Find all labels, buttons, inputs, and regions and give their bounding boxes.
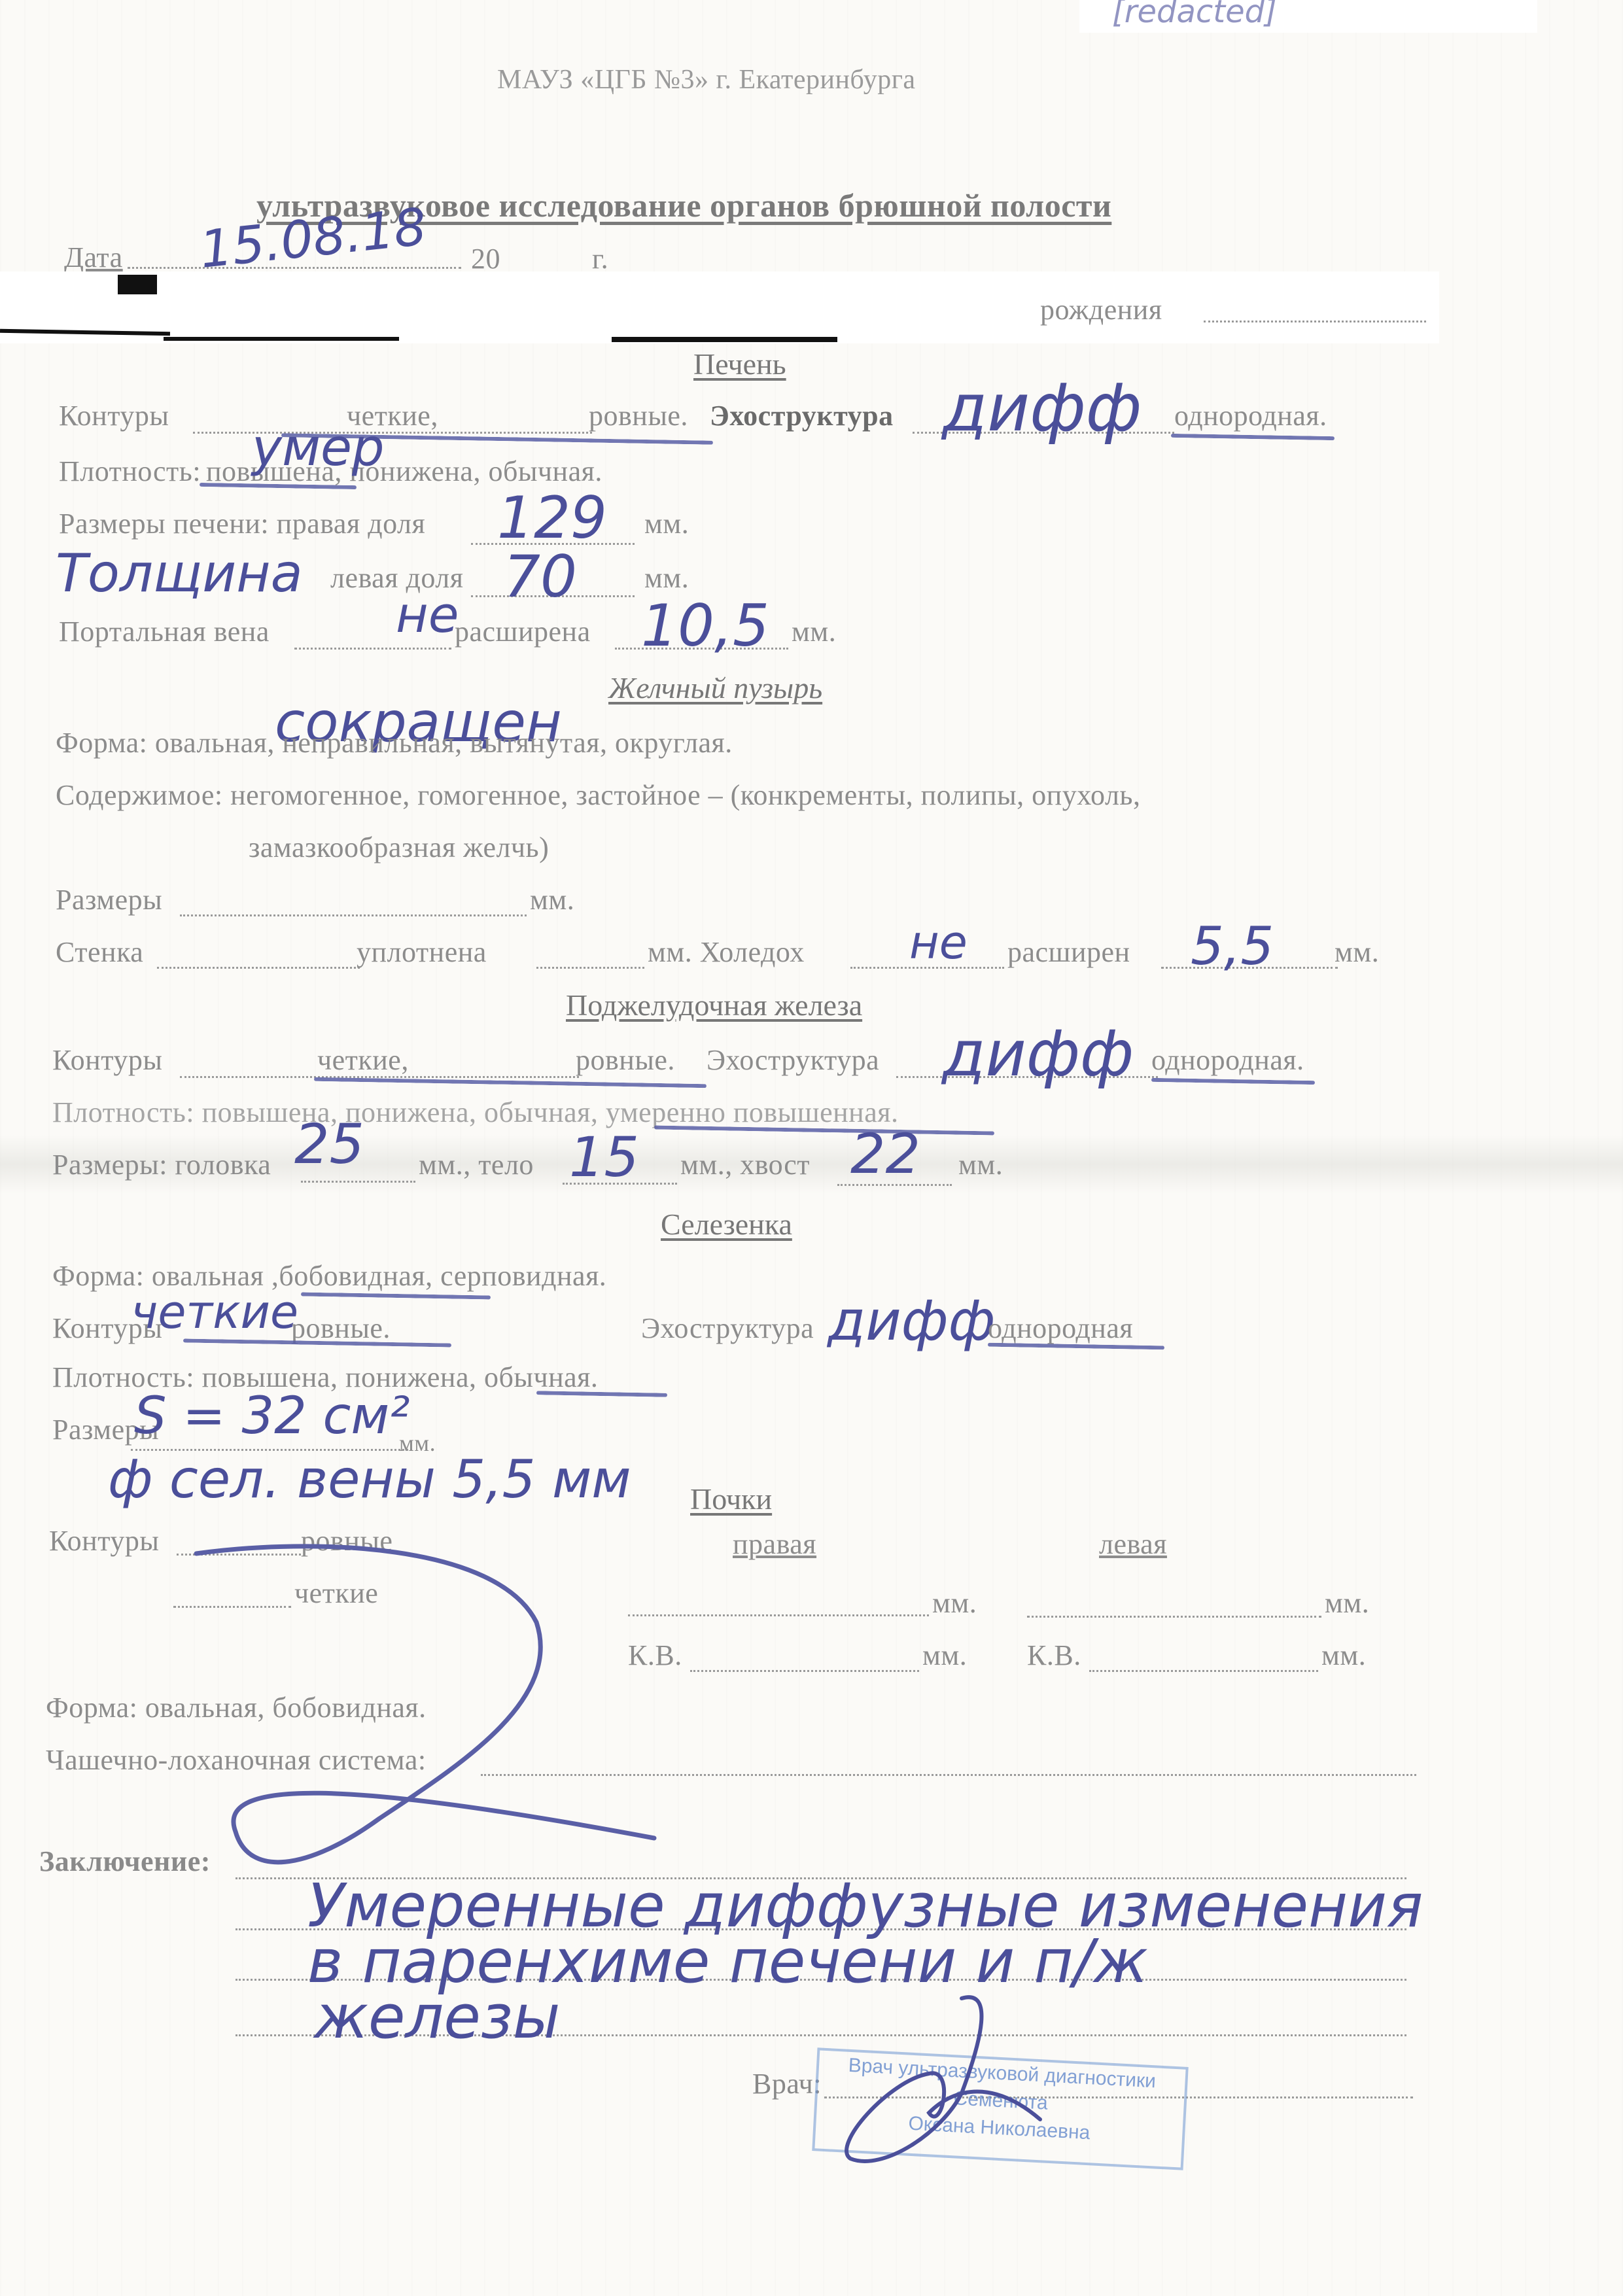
doctor-signature	[0, 0, 1623, 2296]
